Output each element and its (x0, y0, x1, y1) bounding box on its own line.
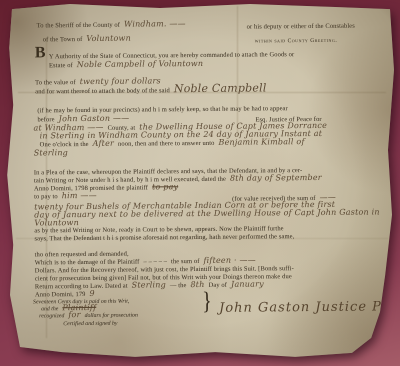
handwritten-scribble: Plaintiff (62, 303, 96, 312)
printed-text: Dollars. And for the Recovery thereof, w… (35, 265, 294, 274)
handwritten-flourish: —— (320, 193, 336, 202)
printed-text: — the (170, 282, 187, 289)
handwritten-text: him —— (62, 191, 97, 200)
handwritten-text: After (93, 139, 114, 148)
printed-text: tain Writing or Note under h i s hand, b… (34, 176, 226, 185)
printed-text: County, at (108, 125, 136, 132)
printed-text: Y Authority of the State of Connecticut,… (49, 51, 294, 60)
line-plea-2: tain Writing or Note under h i s hand, b… (34, 168, 322, 187)
paper: To the Sheriff of the County of Windham.… (0, 0, 400, 366)
line-not-performed: says, That the Defendant t h i s promise… (34, 226, 294, 244)
handwritten-text: twenty four Bushels of Merchantable Indi… (34, 200, 335, 212)
handwritten-town: Voluntown (86, 34, 131, 43)
line-estate: Estate of Noble Campbell of Voluntown (49, 54, 203, 71)
printed-italic-text: recognized (39, 313, 64, 319)
handwritten-struck-text: to pay (152, 182, 178, 191)
printed-text: noon, then and there to answer unto (118, 140, 215, 148)
handwritten-defendant: Noble Campbell of Voluntown (77, 59, 203, 69)
line-delivery: day of January next to be delivered at t… (34, 202, 380, 221)
line-esq: Esq. Justice of Peace for (255, 109, 321, 126)
document-photo: To the Sheriff of the County of Windham.… (0, 0, 400, 366)
justice-signature: John Gaston Justice Peace (219, 298, 400, 316)
printed-text: Estate of (49, 62, 73, 69)
line-plea-1: In a Plea of the case, whereupon the Pla… (34, 160, 303, 178)
printed-text: cient for prosecution being given] Fail … (35, 273, 292, 282)
handwritten-note-date: 8th day of September (230, 173, 322, 183)
line-precincts: (if he may be found in your precincts) a… (37, 98, 288, 116)
fold-crease-vertical-center (237, 6, 238, 136)
printed-italic-text: Certified and signed by (63, 321, 117, 327)
line-damage: Which is to the damage of the Plaintiff … (35, 251, 256, 269)
printed-text: Anno Domini, 1798 promised the plaintiff (34, 184, 148, 192)
handwritten-year-digit: 9 (89, 289, 94, 298)
printed-dashes: – – – – – (143, 258, 167, 265)
line-to-sheriff: To the Sheriff of the County of Windham.… (37, 14, 186, 31)
printed-text: tho often requested and demanded, (35, 251, 129, 259)
line-oclock: One o'clock in the After noon, then and … (40, 132, 305, 150)
line-anno-domini: Anno Domini, 1798 promised the plaintiff… (34, 177, 178, 194)
line-fail-not: cient for prosecution being given] Fail … (35, 266, 292, 284)
handwritten-place: Sterling (132, 280, 166, 289)
handwritten-name-large: Noble Campbell (174, 81, 267, 95)
line-writ-shewn: as by the said Writing or Note, ready in… (34, 218, 283, 236)
line-county-at: at Windham —— County, at the Dwelling Ho… (33, 116, 327, 135)
handwritten-plaintiff-name: Benjamin Kimball of (218, 137, 304, 147)
printed-text: Return according to Law. Dated at (35, 283, 128, 291)
dropcap-letter: B (35, 44, 46, 61)
printed-text: To the value of (35, 79, 76, 86)
fold-crease-horizontal-upper (18, 92, 386, 93)
printed-text: or his deputy or either of the Constable… (247, 23, 355, 31)
handwritten-justice: John Gaston —— (59, 114, 130, 124)
line-to-pay: to pay to him —— (34, 186, 97, 203)
printed-text: (if he may be found in your precincts) a… (37, 105, 288, 114)
line-deputy: or his deputy or either of the Constable… (247, 16, 355, 33)
document-text: To the Sheriff of the County of Windham.… (0, 0, 400, 366)
printed-text: One o'clock in the (40, 141, 89, 148)
printed-italic-text: Seventeen Cents duty is paid on this Wri… (33, 299, 129, 306)
line-town: of the Town of Voluntown (43, 29, 131, 46)
line-requested: tho often requested and demanded, (35, 244, 129, 261)
line-value: To the value of twenty four dollars (35, 71, 161, 88)
printed-text: of the Town of (43, 36, 83, 43)
line-sterling-date: in Sterling in Windham County on the 24 … (39, 124, 322, 142)
handwritten-damages: fifteen · —— (203, 256, 255, 265)
line-attach-body: and for want thereof to attach the body … (35, 79, 266, 97)
dropcap: B (35, 45, 46, 61)
handwritten-text: at Windham —— (33, 123, 103, 133)
line-recovery: Dollars. And for the Recovery thereof, w… (35, 258, 294, 276)
printed-text: and for want thereof to attach the body … (35, 87, 170, 95)
handwritten-text: in Sterling in Windham County on the 24 … (40, 129, 323, 140)
printed-text: Day of (209, 282, 228, 289)
handwritten-amount: twenty four dollars (80, 76, 161, 86)
line-greeting: within said County Greeting. (255, 30, 338, 47)
handwritten-text: day of January next to be delivered at t… (34, 207, 380, 219)
printed-text: In a Plea of the case, whereupon the Pla… (34, 167, 302, 176)
printed-text: before (37, 116, 54, 123)
line-before: before John Gaston —— (37, 109, 129, 126)
paper-shadow: To the Sheriff of the County of Windham.… (0, 0, 400, 366)
handwritten-month: January (231, 279, 264, 288)
line-duty: Seventeen Cents duty is paid on this Wri… (33, 291, 129, 308)
fold-crease-vertical-left (46, 38, 47, 338)
printed-text: (for value received) the sum of (232, 195, 315, 203)
printed-text: the sum of (171, 258, 200, 265)
line-authority: Y Authority of the State of Connecticut,… (49, 44, 295, 62)
printed-text: Which is to the damage of the Plaintiff (35, 259, 140, 267)
handwritten-text: for (68, 310, 80, 319)
line-bushels: twenty four Bushels of Merchantable Indi… (34, 195, 335, 214)
printed-text: to pay to (34, 193, 58, 200)
line-dated-at: Return according to Law. Dated at Sterli… (35, 274, 264, 292)
line-voluntown: Voluntown (34, 213, 79, 229)
line-recognized: recognized for dollars for prosecution (39, 305, 138, 322)
fold-crease-horizontal-lower (16, 238, 388, 239)
line-value-received: (for value received) the sum of —— (232, 188, 336, 205)
printed-text: as by the said Writing or Note, ready in… (34, 225, 283, 234)
printed-text: within said County Greeting. (255, 38, 338, 45)
printed-italic-text: dollars for prosecution (85, 313, 138, 319)
handwritten-county: Windham. —— (124, 19, 186, 29)
line-certified: Certified and signed by (63, 313, 117, 329)
printed-text: says, That the Defendant t h i s promise… (34, 233, 294, 242)
printed-italic-text: and the (41, 306, 58, 312)
handwritten-signature: John Gaston Justice Peace (219, 299, 400, 316)
handwritten-text: Voluntown (34, 218, 79, 227)
line-and-the: and the Plaintiff (41, 298, 96, 314)
printed-text: To the Sheriff of the County of (37, 22, 120, 30)
printed-text: Esq. Justice of Peace for (255, 116, 321, 124)
handwritten-dwelling: the Dwelling House of Capt James Dorranc… (139, 121, 327, 132)
handwritten-day: 8th (190, 280, 204, 289)
line-year: Anno Domini, 179 9 (35, 284, 95, 301)
printed-text: Anno Domini, 179 (35, 291, 86, 298)
curly-brace: } (202, 288, 212, 316)
line-of-sterling: Sterling (34, 143, 68, 159)
handwritten-text: Sterling (34, 148, 68, 157)
